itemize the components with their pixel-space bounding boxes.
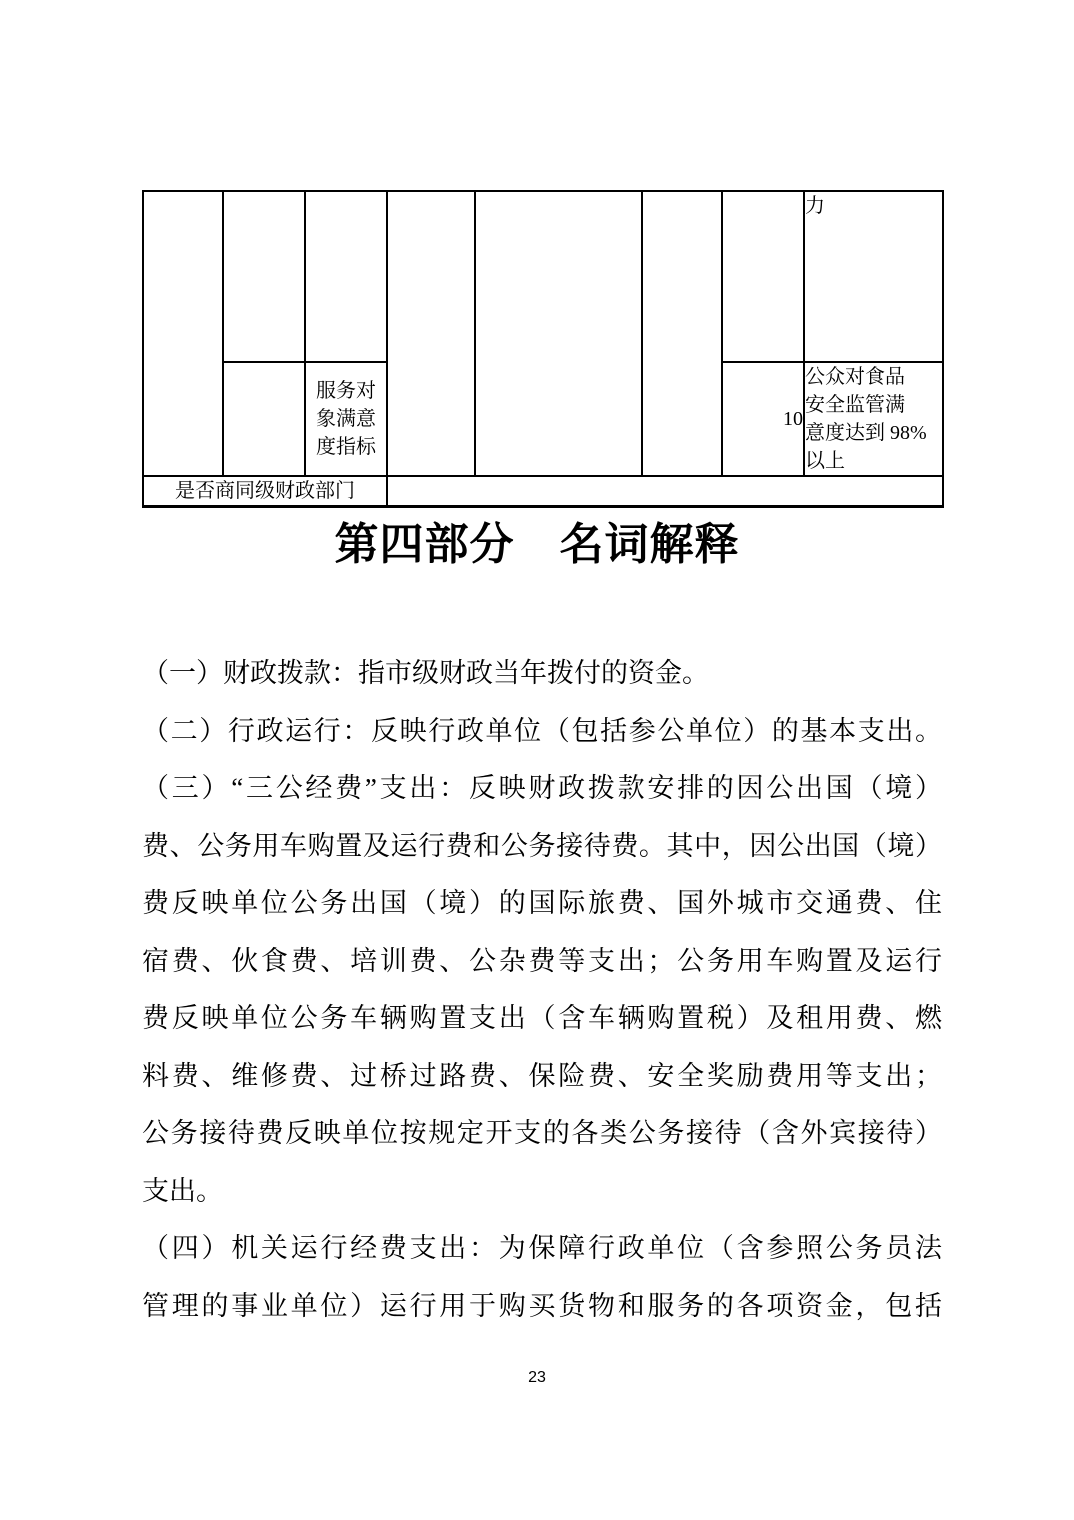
body-line: 支出。 [142,1163,942,1221]
body-line: 管理的事业单位）运行用于购买货物和服务的各项资金，包括 [142,1278,942,1336]
section-heading: 第四部分 名词解释 [0,518,1074,572]
table-cell-empty [223,362,305,476]
body-line: 宿费、伙食费、培训费、公杂费等支出；公务用车购置及运行 [142,933,942,991]
table-cell-indicator: 服务对 象满意 度指标 [305,362,387,476]
table-cell-empty [305,191,387,362]
table-cell-empty [475,191,642,476]
table-cell-target: 公众对食品 安全监管满 意度达到 98% 以上 [804,362,943,476]
performance-indicators-table: 力 服务对 象满意 度指标 10 公众对食品 安全监管满 意度达到 98% 以上… [142,190,944,508]
document-page: 力 服务对 象满意 度指标 10 公众对食品 安全监管满 意度达到 98% 以上… [0,0,1074,1520]
body-line: 公务接待费反映单位按规定开支的各类公务接待（含外宾接待） [142,1105,942,1163]
body-line: 费反映单位公务出国（境）的国际旅费、国外城市交通费、住 [142,875,942,933]
body-line: （二）行政运行：反映行政单位（包括参公单位）的基本支出。 [142,703,942,761]
table-cell-empty [223,191,305,362]
table-cell-empty [642,191,722,476]
table-cell-empty [387,191,475,476]
table-cell-empty [387,476,943,507]
body-line: （三）“三公经费”支出：反映财政拨款安排的因公出国（境） [142,760,942,818]
table-cell-empty [143,191,223,476]
body-line: 费、公务用车购置及运行费和公务接待费。其中，因公出国（境） [142,818,942,876]
body-line: （一）财政拨款：指市级财政当年拨付的资金。 [142,645,942,703]
table-cell-li: 力 [804,191,943,362]
body-line: （四）机关运行经费支出：为保障行政单位（含参照公务员法 [142,1220,942,1278]
table-cell-empty [722,191,804,362]
body-line: 费反映单位公务车辆购置支出（含车辆购置税）及租用费、燃 [142,990,942,1048]
page-number: 23 [0,1368,1074,1388]
table-cell-footer-label: 是否商同级财政部门 [143,476,387,507]
body-line: 料费、维修费、过桥过路费、保险费、安全奖励费用等支出； [142,1048,942,1106]
table-cell-score: 10 [722,362,804,476]
body-text: （一）财政拨款：指市级财政当年拨付的资金。 （二）行政运行：反映行政单位（包括参… [142,645,942,1335]
